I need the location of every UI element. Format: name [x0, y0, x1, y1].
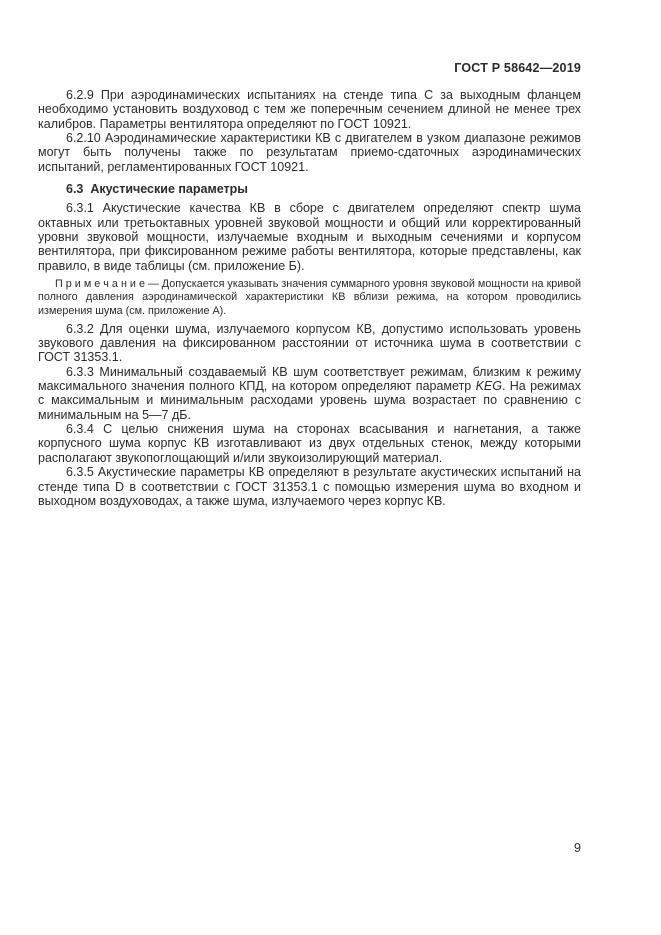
paragraph-6-3-5: 6.3.5 Акустические параметры КВ определя… [38, 465, 581, 508]
document-page: ГОСТ Р 58642—2019 6.2.9 При аэродинамиче… [0, 0, 661, 935]
page-number: 9 [38, 841, 581, 855]
paragraph-6-3-3: 6.3.3 Минимальный создаваемый КВ шум соо… [38, 365, 581, 422]
section-heading-6-3: 6.3 Акустические параметры [38, 182, 581, 196]
document-body: 6.2.9 При аэродинамических испытаниях на… [38, 88, 581, 508]
parameter-keg-italic: KEG [476, 379, 502, 393]
paragraph-6-2-10: 6.2.10 Аэродинамические характеристики К… [38, 131, 581, 174]
paragraph-6-3-2: 6.3.2 Для оценки шума, излучаемого корпу… [38, 322, 581, 365]
document-code-header: ГОСТ Р 58642—2019 [38, 61, 581, 75]
paragraph-6-2-9: 6.2.9 При аэродинамических испытаниях на… [38, 88, 581, 131]
note-paragraph: П р и м е ч а н и е — Допускается указыв… [38, 278, 581, 318]
paragraph-6-3-1: 6.3.1 Акустические качества КВ в сборе с… [38, 201, 581, 273]
paragraph-6-3-4: 6.3.4 С целью снижения шума на сторонах … [38, 422, 581, 465]
